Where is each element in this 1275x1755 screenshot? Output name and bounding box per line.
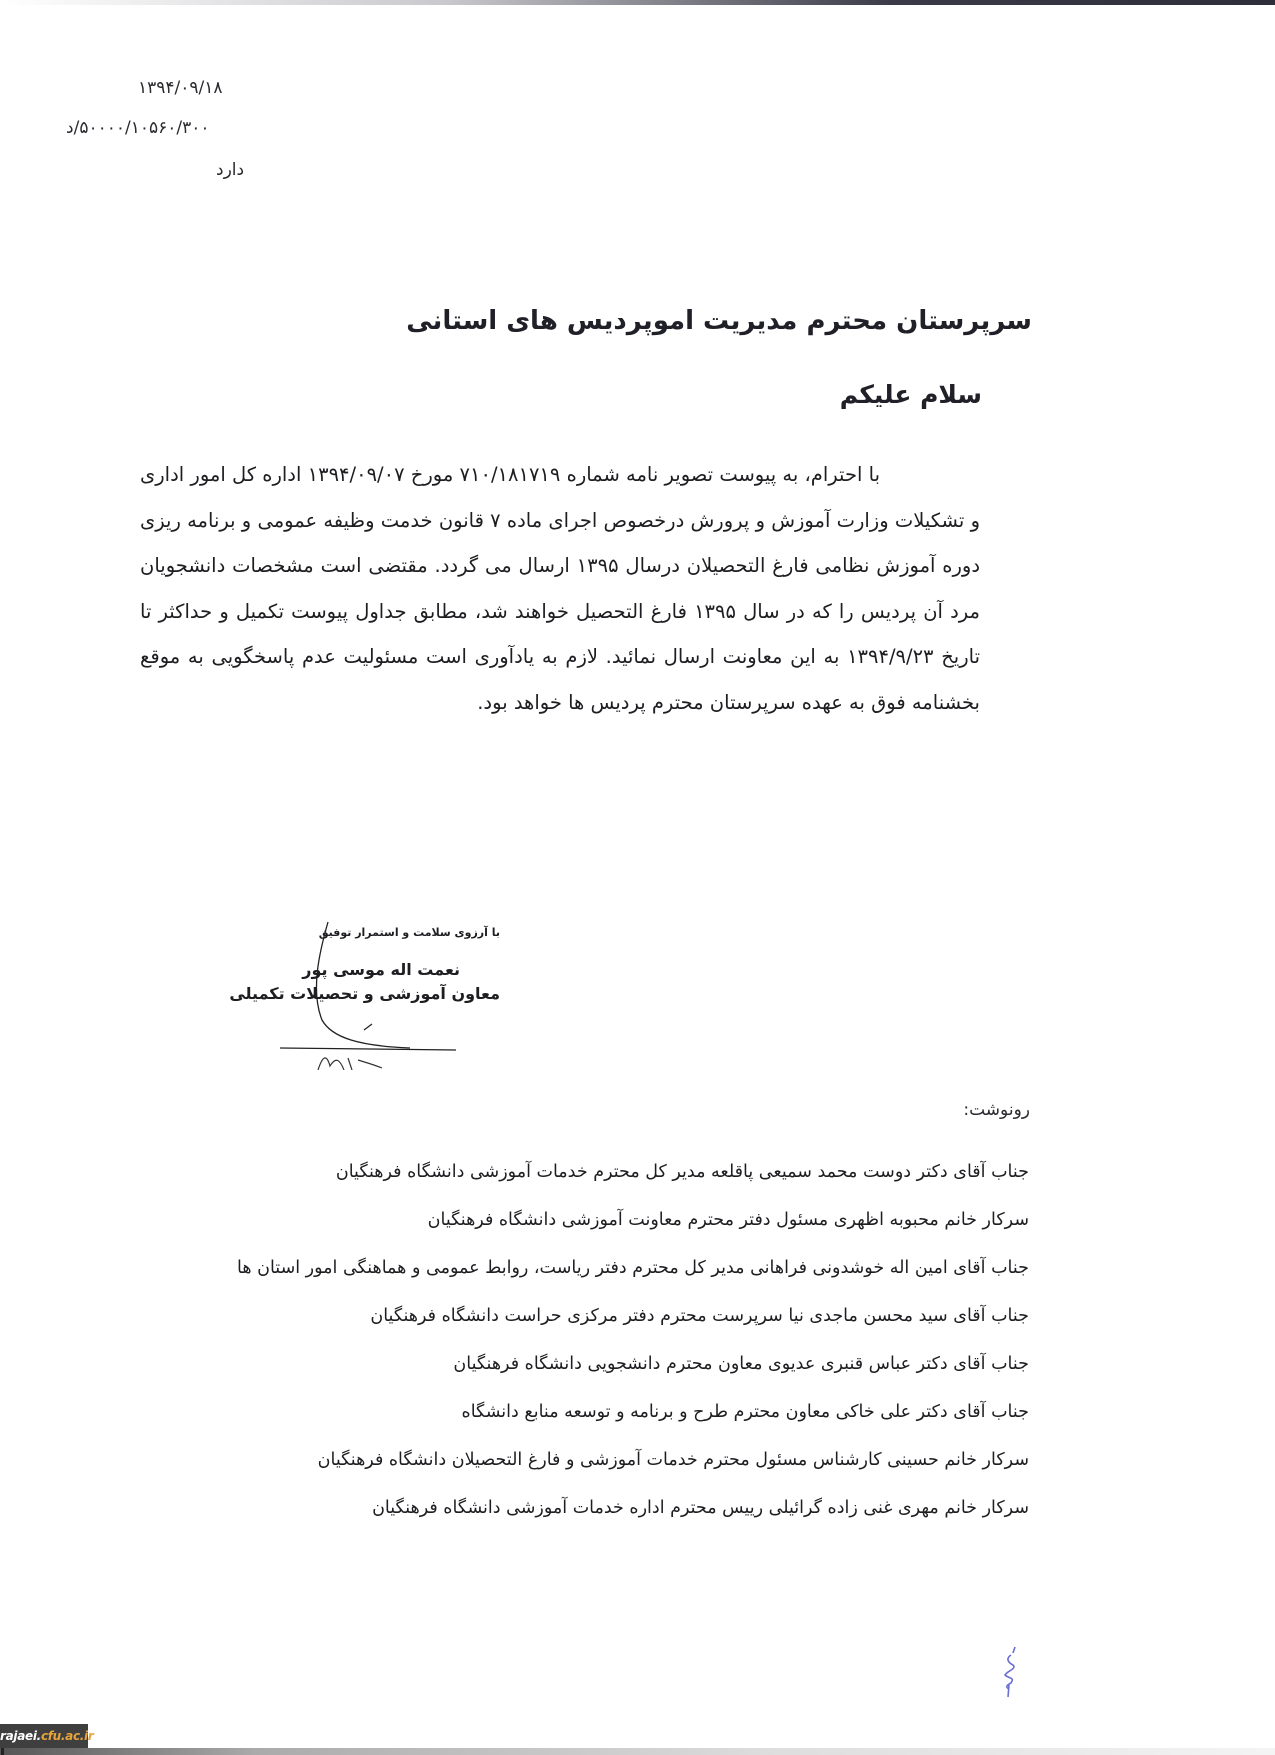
watermark-part2: cfu.ac.ir bbox=[41, 1729, 94, 1743]
letter-body: با احترام، به پیوست تصویر نامه شماره ۷۱۰… bbox=[140, 452, 980, 725]
cc-recipient: سرکار خانم حسینی کارشناس مسئول محترم خدم… bbox=[237, 1444, 1029, 1492]
scan-top-edge bbox=[0, 0, 1275, 5]
addressee-heading: سرپرستان محترم مدیریت اموپردیس های استان… bbox=[406, 306, 1032, 336]
letter-number: ۵۰۰۰۰/۱۰۵۶۰/۳۰۰/د bbox=[66, 118, 209, 138]
watermark-part1: rajaei. bbox=[0, 1729, 41, 1743]
signatory-title: معاون آموزشی و تحصیلات تکمیلی bbox=[229, 984, 500, 1003]
cc-recipient: سرکار خانم مهری غنی زاده گرائیلی رییس مح… bbox=[237, 1492, 1029, 1540]
handwritten-initials-icon bbox=[995, 1645, 1025, 1705]
signature-closing: با آرزوی سلامت و استمرار توفیق bbox=[319, 926, 500, 939]
scan-bottom-edge bbox=[0, 1748, 1275, 1755]
cc-recipient: جناب آقای سید محسن ماجدی نیا سرپرست محتر… bbox=[237, 1300, 1029, 1348]
greeting: سلام علیکم bbox=[840, 380, 982, 409]
signatory-name: نعمت اله موسی پور bbox=[302, 960, 460, 979]
cc-recipient: جناب آقای دکتر علی خاکی معاون محترم طرح … bbox=[237, 1396, 1029, 1444]
cc-recipient: جناب آقای دکتر عباس قنبری عدیوی معاون مح… bbox=[237, 1348, 1029, 1396]
cc-list: جناب آقای دکتر دوست محمد سمیعی پاقلعه مد… bbox=[237, 1156, 1029, 1540]
site-watermark: rajaei.cfu.ac.ir bbox=[0, 1724, 88, 1748]
letter-date: ۱۳۹۴/۰۹/۱۸ bbox=[138, 78, 223, 98]
cc-recipient: سرکار خانم محبوبه اظهری مسئول دفتر محترم… bbox=[237, 1204, 1029, 1252]
body-paragraph: با احترام، به پیوست تصویر نامه شماره ۷۱۰… bbox=[140, 463, 980, 714]
cc-recipient: جناب آقای دکتر دوست محمد سمیعی پاقلعه مد… bbox=[237, 1156, 1029, 1204]
scan-corner-mark bbox=[1, 1748, 4, 1755]
cc-label: رونوشت: bbox=[963, 1100, 1030, 1120]
signature-block: با آرزوی سلامت و استمرار توفیق نعمت اله … bbox=[260, 920, 500, 1070]
cc-recipient: جناب آقای امین اله خوشدونی فراهانی مدیر … bbox=[237, 1252, 1029, 1300]
attachment-status: دارد bbox=[216, 160, 244, 180]
